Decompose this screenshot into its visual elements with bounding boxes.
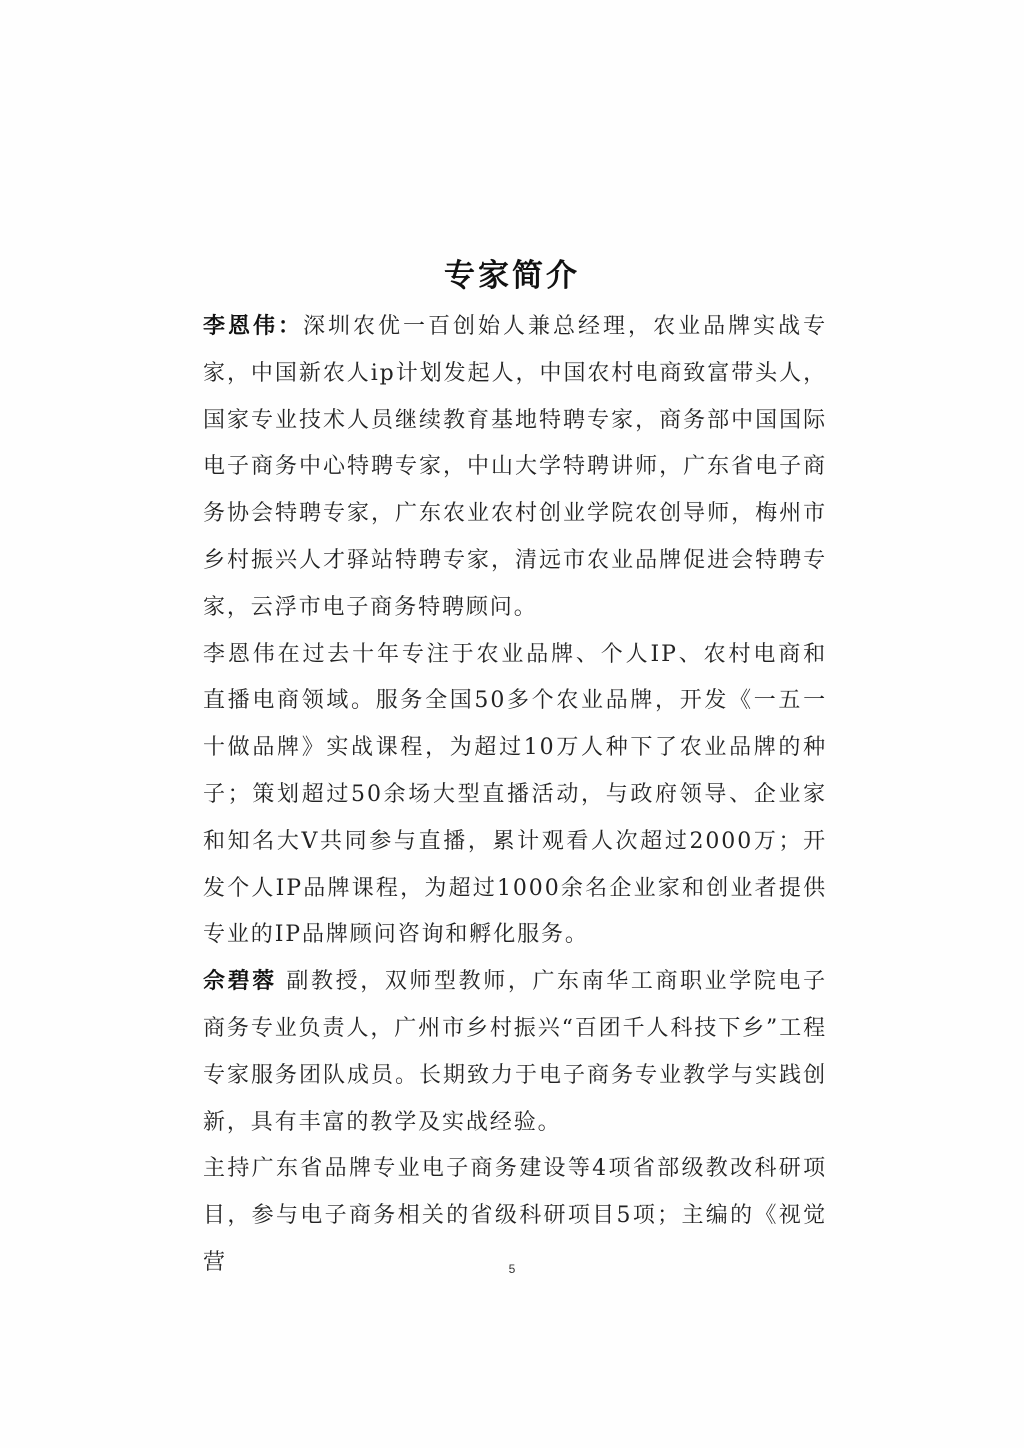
document-body: 李恩伟：深圳农优一百创始人兼总经理，农业品牌实战专家，中国新农人ip计划发起人，… — [203, 304, 827, 1287]
page-title: 专家简介 — [0, 250, 1024, 295]
expert-2-bio: 副教授，双师型教师，广东南华工商职业学院电子商务专业负责人，广州市乡村振兴“百团… — [203, 969, 827, 1134]
expert-1-bio: 深圳农优一百创始人兼总经理，农业品牌实战专家，中国新农人ip计划发起人，中国农村… — [203, 314, 827, 620]
expert-1-name: 李恩伟： — [203, 314, 303, 339]
page-number: 5 — [0, 1262, 1024, 1276]
expert-1-bio-paragraph: 李恩伟：深圳农优一百创始人兼总经理，农业品牌实战专家，中国新农人ip计划发起人，… — [203, 304, 827, 632]
expert-2-bio-paragraph: 佘碧蓉 副教授，双师型教师，广东南华工商职业学院电子商务专业负责人，广州市乡村振… — [203, 959, 827, 1146]
document-page: 专家简介 李恩伟：深圳农优一百创始人兼总经理，农业品牌实战专家，中国新农人ip计… — [0, 0, 1024, 1448]
expert-2-name: 佘碧蓉 — [203, 969, 277, 994]
expert-1-detail-paragraph: 李恩伟在过去十年专注于农业品牌、个人IP、农村电商和直播电商领域。服务全国50多… — [203, 632, 827, 960]
